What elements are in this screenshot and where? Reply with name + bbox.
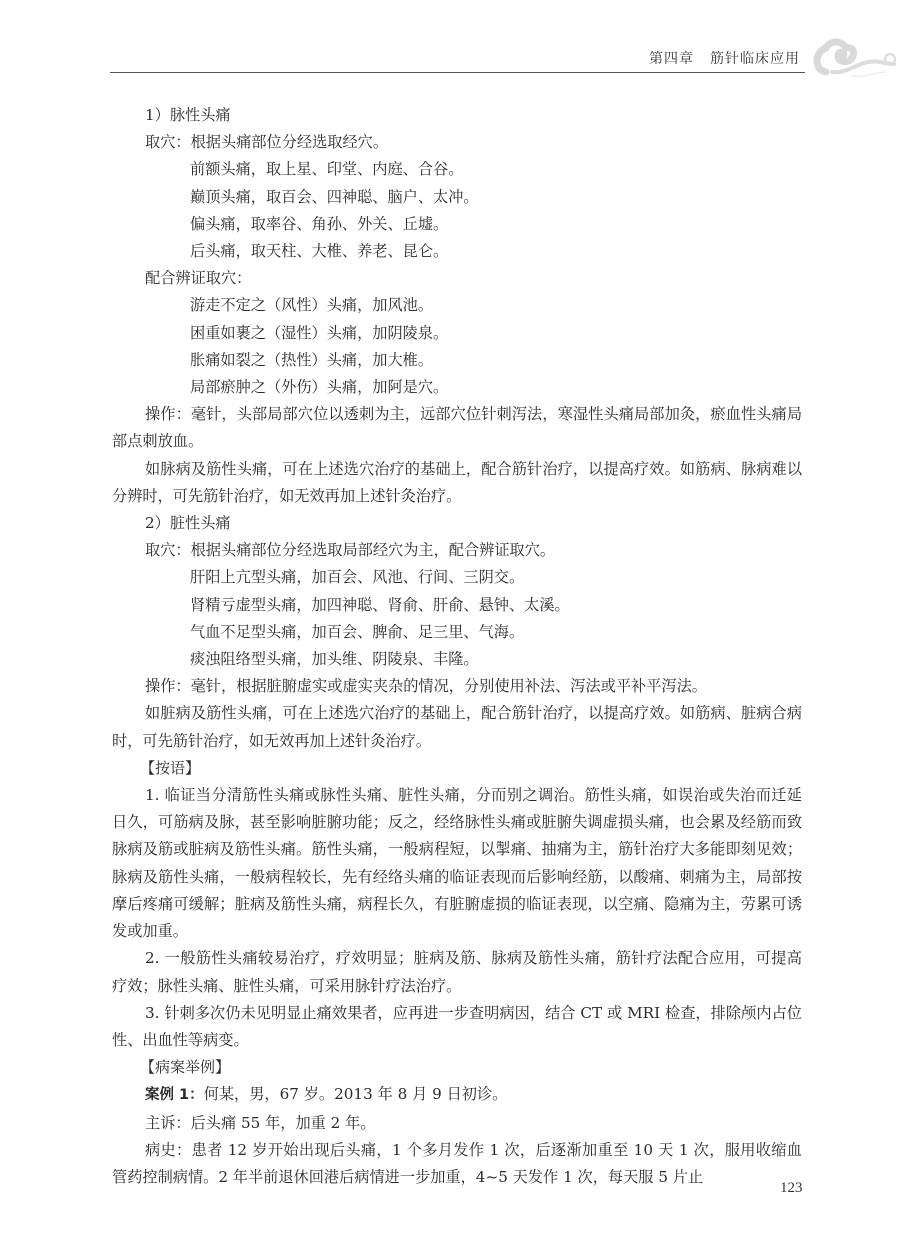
syndrome-item: 胀痛如裂之（热性）头痛，加大椎。	[112, 347, 802, 374]
acupoint-item: 肾精亏虚型头痛，加四神聪、肾俞、肝俞、悬钟、太溪。	[112, 592, 802, 619]
case-examples-heading: 【病案举例】	[112, 1054, 802, 1081]
running-head: 第四章筋针临床应用	[0, 0, 900, 100]
chief-complaint: 主诉：后头痛 55 年，加重 2 年。	[112, 1110, 802, 1137]
acupoint-item: 后头痛，取天柱、大椎、养老、昆仑。	[112, 238, 802, 265]
operation-paragraph: 操作：毫针，头部局部穴位以透刺为主，远部穴位针刺泻法，寒湿性头痛局部加灸，瘀血性…	[112, 401, 802, 455]
note-paragraph: 如脏病及筋性头痛，可在上述选穴治疗的基础上，配合筋针治疗，以提高疗效。如筋病、脏…	[112, 700, 802, 754]
acupoint-item: 巅顶头痛，取百会、四神聪、脑户、太冲。	[112, 184, 802, 211]
commentary-paragraph: 2. 一般筋性头痛较易治疗，疗效明显；脏病及筋、脉病及筋性头痛，筋针疗法配合应用…	[112, 945, 802, 999]
running-head-title: 第四章筋针临床应用	[649, 48, 800, 68]
acupoint-selection-label: 取穴：根据头痛部位分经选取经穴。	[112, 129, 802, 156]
section-heading-pulse-headache: 1）脉性头痛	[112, 102, 802, 129]
chapter-number: 第四章	[649, 51, 694, 67]
acupoint-item: 痰浊阻络型头痛，加头维、阴陵泉、丰隆。	[112, 646, 802, 673]
syndrome-item: 困重如裹之（湿性）头痛，加阴陵泉。	[112, 320, 802, 347]
case-intro: 案例 1：何某，男，67 岁。2013 年 8 月 9 日初诊。	[112, 1081, 802, 1109]
commentary-paragraph: 3. 针刺多次仍未见明显止痛效果者，应再进一步查明病因，结合 CT 或 MRI …	[112, 1000, 802, 1054]
acupoint-item: 偏头痛，取率谷、角孙、外关、丘墟。	[112, 211, 802, 238]
section-heading-organ-headache: 2）脏性头痛	[112, 510, 802, 537]
case-label: 案例 1：	[145, 1087, 204, 1103]
acupoint-item: 气血不足型头痛，加百会、脾俞、足三里、气海。	[112, 619, 802, 646]
acupoint-item: 肝阳上亢型头痛，加百会、风池、行间、三阴交。	[112, 564, 802, 591]
chapter-title: 筋针临床应用	[710, 51, 800, 67]
syndrome-item: 游走不定之（风性）头痛，加风池。	[112, 292, 802, 319]
medical-history: 病史：患者 12 岁开始出现后头痛，1 个多月发作 1 次，后逐渐加重至 10 …	[112, 1137, 802, 1191]
cloud-swirl-icon	[812, 38, 900, 80]
header-rule	[110, 72, 805, 73]
case-intro-text: 何某，男，67 岁。2013 年 8 月 9 日初诊。	[204, 1085, 508, 1103]
acupoint-item: 前额头痛，取上星、印堂、内庭、合谷。	[112, 156, 802, 183]
operation-paragraph: 操作：毫针，根据脏腑虚实或虚实夹杂的情况，分别使用补法、泻法或平补平泻法。	[112, 673, 802, 700]
syndrome-selection-label: 配合辨证取穴：	[112, 265, 802, 292]
page-number: 123	[780, 1180, 803, 1197]
acupoint-selection-label: 取穴：根据头痛部位分经选取局部经穴为主，配合辨证取穴。	[112, 537, 802, 564]
page-body: 1）脉性头痛 取穴：根据头痛部位分经选取经穴。 前额头痛，取上星、印堂、内庭、合…	[112, 102, 802, 1191]
commentary-paragraph: 1. 临证当分清筋性头痛或脉性头痛、脏性头痛，分而别之调治。筋性头痛，如误治或失…	[112, 782, 802, 945]
commentary-heading: 【按语】	[112, 755, 802, 782]
syndrome-item: 局部瘀肿之（外伤）头痛，加阿是穴。	[112, 374, 802, 401]
note-paragraph: 如脉病及筋性头痛，可在上述选穴治疗的基础上，配合筋针治疗，以提高疗效。如筋病、脉…	[112, 456, 802, 510]
